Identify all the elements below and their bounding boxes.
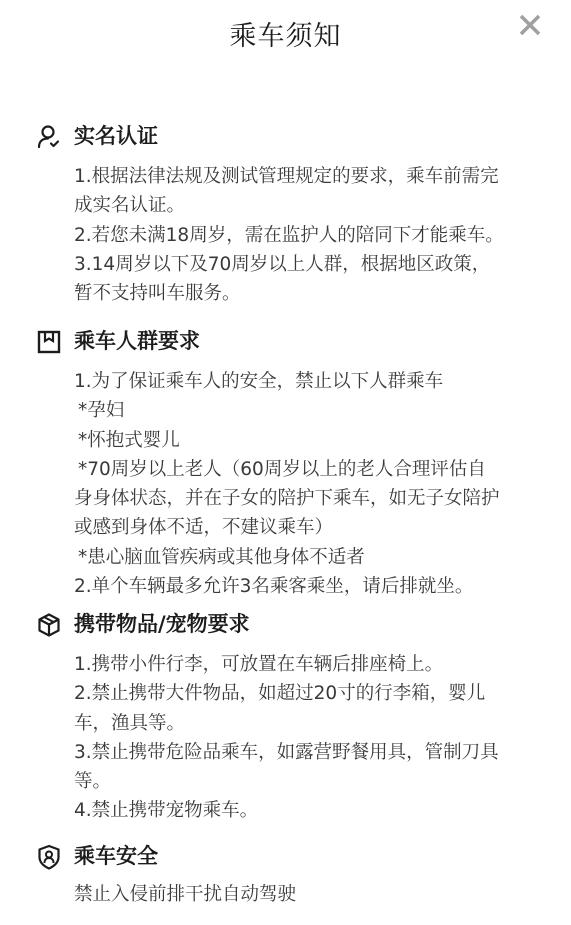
text-line: 2.禁止携带大件物品，如超过20寸的行李箱，婴儿 — [74, 679, 534, 708]
modal-header: 乘车须知 — [0, 0, 571, 70]
bookmark-box-icon — [36, 329, 62, 355]
section-body: 1.为了保证乘车人的安全，禁止以下人群乘车 *孕妇 *怀抱式婴儿 *70周岁以上… — [74, 367, 534, 601]
text-line: 2.单个车辆最多允许3名乘客乘坐，请后排就坐。 — [74, 572, 534, 601]
close-icon[interactable] — [516, 11, 544, 39]
section-body: 1.携带小件行李，可放置在车辆后排座椅上。 2.禁止携带大件物品，如超过20寸的… — [74, 650, 534, 826]
section-body: 禁止入侵前排干扰自动驾驶 — [74, 880, 534, 909]
section-header: 乘车人群要求 — [36, 327, 62, 357]
text-line: 身身体状态，并在子女的陪护下乘车，如无子女陪护 — [74, 484, 534, 513]
text-line: *孕妇 — [74, 396, 534, 425]
text-line: 1.为了保证乘车人的安全，禁止以下人群乘车 — [74, 367, 534, 396]
close-button[interactable] — [516, 11, 544, 39]
section-body: 1.根据法律法规及测试管理规定的要求，乘车前需完 成实名认证。 2.若您未满18… — [74, 162, 534, 308]
page-title: 乘车须知 — [0, 14, 571, 53]
text-line: 或感到身体不适，不建议乘车） — [74, 513, 534, 542]
section-title: 携带物品/宠物要求 — [74, 609, 250, 639]
section-title: 乘车人群要求 — [74, 326, 200, 356]
text-line: 禁止入侵前排干扰自动驾驶 — [74, 880, 534, 909]
text-line: *怀抱式婴儿 — [74, 426, 534, 455]
text-line: 等。 — [74, 767, 534, 796]
text-line: *患心脑血管疾病或其他身体不适者 — [74, 543, 534, 572]
text-line: 1.根据法律法规及测试管理规定的要求，乘车前需完 — [74, 162, 534, 191]
section-header: 实名认证 — [36, 122, 62, 152]
text-line: 2.若您未满18周岁，需在监护人的陪同下才能乘车。 — [74, 221, 534, 250]
section-title: 乘车安全 — [74, 841, 158, 871]
text-line: 车，渔具等。 — [74, 709, 534, 738]
text-line: 3.禁止携带危险品乘车，如露营野餐用具，管制刀具 — [74, 738, 534, 767]
text-line: *70周岁以上老人（60周岁以上的老人合理评估自 — [74, 455, 534, 484]
section-title: 实名认证 — [74, 121, 158, 151]
text-line: 4.禁止携带宠物乘车。 — [74, 796, 534, 825]
shield-user-icon — [36, 844, 62, 870]
text-line: 成实名认证。 — [74, 191, 534, 220]
text-line: 1.携带小件行李，可放置在车辆后排座椅上。 — [74, 650, 534, 679]
user-check-icon — [36, 124, 62, 150]
section-header: 乘车安全 — [36, 842, 62, 872]
package-box-icon — [36, 612, 62, 638]
text-line: 暂不支持叫车服务。 — [74, 279, 534, 308]
text-line: 3.14周岁以下及70周岁以上人群，根据地区政策， — [74, 250, 534, 279]
section-header: 携带物品/宠物要求 — [36, 610, 62, 640]
